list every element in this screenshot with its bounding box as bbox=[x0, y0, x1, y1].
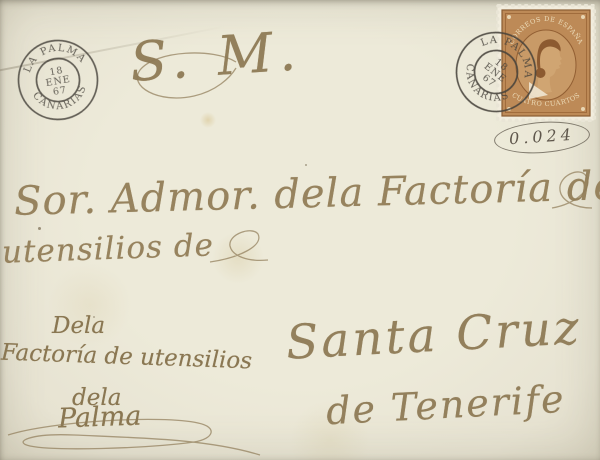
address-line-1: Sor. Admor. dela Factoría de bbox=[14, 166, 600, 222]
honorific-flourish bbox=[128, 48, 243, 110]
address-line-2-flourish bbox=[208, 228, 272, 268]
envelope-front: LA PALMA CANARIAS 18 ENE 67 CORREOS DE E… bbox=[0, 0, 600, 460]
address-line-2: utensilios de bbox=[2, 230, 215, 268]
postmark-date-year: 67 bbox=[52, 85, 68, 98]
ink-speck bbox=[305, 164, 307, 166]
address-line-1-flourish bbox=[548, 168, 596, 214]
ink-speck bbox=[93, 316, 95, 318]
palma-underline-flourish bbox=[2, 413, 267, 459]
ink-speck bbox=[38, 227, 41, 230]
sender-line-2: Factoría de utensilios bbox=[1, 342, 253, 374]
postmark-la-palma-left: LA PALMA CANARIAS 18 ENE 67 bbox=[8, 30, 108, 130]
destination-line-1: Santa Cruz bbox=[285, 304, 583, 366]
sender-line-1: Dela bbox=[52, 315, 105, 338]
destination-line-2: de Tenerife bbox=[325, 380, 566, 430]
